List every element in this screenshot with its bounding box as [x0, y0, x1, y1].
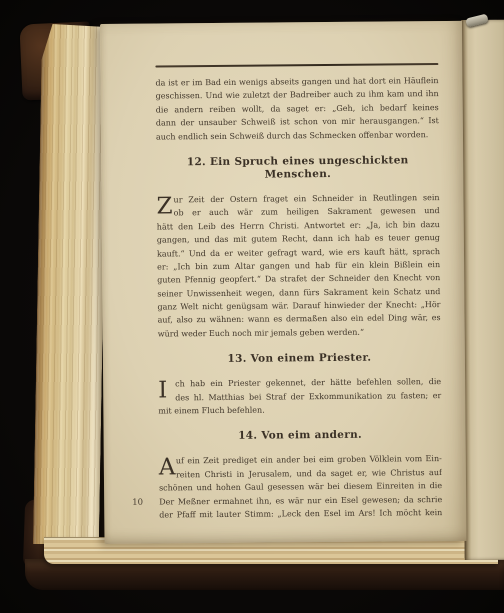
page-text-block: da ist er im Bad ein wenigs abseits gang…: [155, 63, 442, 522]
drop-cap: A: [159, 456, 176, 480]
text-line: mit einem Fluch befehlen.: [158, 402, 441, 418]
paragraph: Ich hab ein Priester gekennet, der hätte…: [158, 375, 441, 418]
section-heading: 13. Von einem Priester.: [158, 351, 441, 366]
text-line: auch endlich sein Schweiß durch das Schm…: [156, 128, 439, 144]
drop-cap: Z: [156, 194, 172, 218]
drop-cap: I: [158, 379, 167, 403]
section-heading: 12. Ein Spruch eines ungeschickten Mensc…: [156, 154, 439, 182]
paragraph: Zur Zeit der Ostern fraget ein Schneider…: [156, 191, 440, 341]
paragraph: Auf ein Zeit prediget ein ander bei eim …: [159, 452, 443, 521]
header-rule: [155, 63, 438, 67]
facing-page-edge: [461, 20, 504, 560]
text-line: auf, also zu wähnen: wann es dermaßen al…: [158, 312, 441, 328]
section-heading: 14. Von eim andern.: [159, 428, 442, 443]
book-photo: da ist er im Bad ein wenigs abseits gang…: [0, 0, 504, 613]
text-line: würd weder Euch noch mir jemals geben we…: [158, 325, 441, 341]
page-edges-left: [33, 24, 108, 544]
page-number: 10: [132, 498, 143, 508]
book-page: da ist er im Bad ein wenigs abseits gang…: [100, 21, 467, 544]
text-line: des hl. Matthias bei Straf der Exkommuni…: [158, 389, 441, 405]
page-content: da ist er im Bad ein wenigs abseits gang…: [155, 74, 442, 522]
paragraph: da ist er im Bad ein wenigs abseits gang…: [155, 74, 439, 143]
text-line: der Pfaff mit lauter Stimm: „Leck den Es…: [159, 506, 442, 522]
